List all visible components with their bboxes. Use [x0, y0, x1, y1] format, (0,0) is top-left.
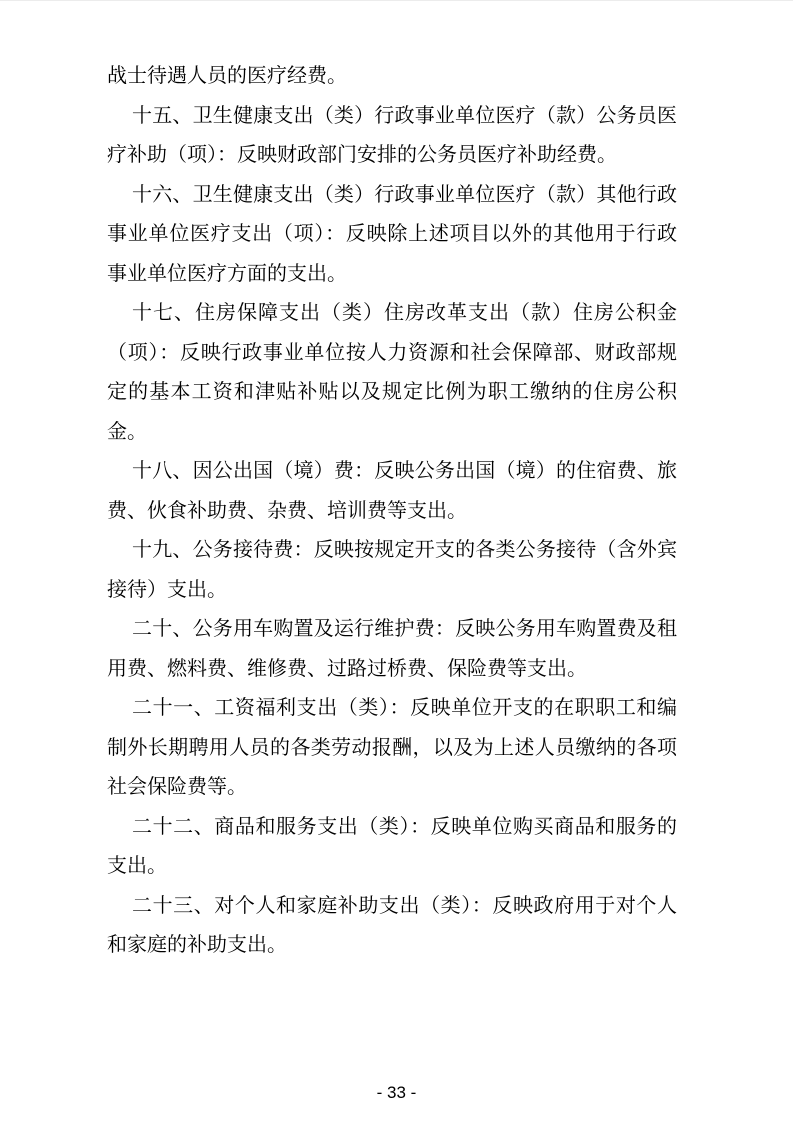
paragraph: 十七、住房保障支出（类）住房改革支出（款）住房公积金（项）：反映行政事业单位按人… — [107, 294, 677, 452]
paragraph: 十八、因公出国（境）费：反映公务出国（境）的住宿费、旅费、伙食补助费、杂费、培训… — [107, 452, 677, 531]
paragraph: 战士待遇人员的医疗经费。 — [107, 57, 677, 97]
text-line: 社会保险费等。 — [107, 768, 677, 808]
text-line: 二十、公务用车购置及运行维护费：反映公务用车购置费及租 — [107, 610, 677, 650]
text-line: 二十一、工资福利支出（类）：反映单位开支的在职职工和编 — [107, 689, 677, 729]
paragraph: 十九、公务接待费：反映按规定开支的各类公务接待（含外宾接待）支出。 — [107, 531, 677, 610]
text-line: 二十三、对个人和家庭补助支出（类）：反映政府用于对个人 — [107, 887, 677, 927]
page-body-text: 战士待遇人员的医疗经费。 十五、卫生健康支出（类）行政事业单位医疗（款）公务员医… — [107, 57, 677, 966]
text-line: 事业单位医疗支出（项）：反映除上述项目以外的其他用于行政 — [107, 215, 677, 255]
page-number: - 33 - — [377, 1083, 417, 1102]
text-line: 十九、公务接待费：反映按规定开支的各类公务接待（含外宾 — [107, 531, 677, 571]
text-line: 战士待遇人员的医疗经费。 — [107, 57, 677, 97]
text-line: 定的基本工资和津贴补贴以及规定比例为职工缴纳的住房公积 — [107, 373, 677, 413]
text-line: 十七、住房保障支出（类）住房改革支出（款）住房公积金 — [107, 294, 677, 334]
paragraph: 二十、公务用车购置及运行维护费：反映公务用车购置费及租用费、燃料费、维修费、过路… — [107, 610, 677, 689]
text-line: 和家庭的补助支出。 — [107, 926, 677, 966]
paragraph: 十六、卫生健康支出（类）行政事业单位医疗（款）其他行政事业单位医疗支出（项）：反… — [107, 176, 677, 295]
text-line: 接待）支出。 — [107, 571, 677, 611]
text-line: 事业单位医疗方面的支出。 — [107, 255, 677, 295]
page-footer: - 33 - — [0, 1083, 793, 1103]
text-line: 用费、燃料费、维修费、过路过桥费、保险费等支出。 — [107, 650, 677, 690]
text-line: 十六、卫生健康支出（类）行政事业单位医疗（款）其他行政 — [107, 176, 677, 216]
text-line: （项）：反映行政事业单位按人力资源和社会保障部、财政部规 — [107, 334, 677, 374]
text-line: 制外长期聘用人员的各类劳动报酬，以及为上述人员缴纳的各项 — [107, 729, 677, 769]
text-line: 金。 — [107, 413, 677, 453]
document-page: 战士待遇人员的医疗经费。 十五、卫生健康支出（类）行政事业单位医疗（款）公务员医… — [0, 0, 793, 1123]
text-line: 十八、因公出国（境）费：反映公务出国（境）的住宿费、旅 — [107, 452, 677, 492]
paragraph: 二十二、商品和服务支出（类）：反映单位购买商品和服务的支出。 — [107, 808, 677, 887]
text-line: 十五、卫生健康支出（类）行政事业单位医疗（款）公务员医 — [107, 97, 677, 137]
text-line: 疗补助（项）：反映财政部门安排的公务员医疗补助经费。 — [107, 136, 677, 176]
paragraph: 十五、卫生健康支出（类）行政事业单位医疗（款）公务员医疗补助（项）：反映财政部门… — [107, 97, 677, 176]
text-line: 费、伙食补助费、杂费、培训费等支出。 — [107, 492, 677, 532]
paragraph: 二十三、对个人和家庭补助支出（类）：反映政府用于对个人和家庭的补助支出。 — [107, 887, 677, 966]
text-line: 二十二、商品和服务支出（类）：反映单位购买商品和服务的 — [107, 808, 677, 848]
paragraph: 二十一、工资福利支出（类）：反映单位开支的在职职工和编制外长期聘用人员的各类劳动… — [107, 689, 677, 808]
text-line: 支出。 — [107, 847, 677, 887]
